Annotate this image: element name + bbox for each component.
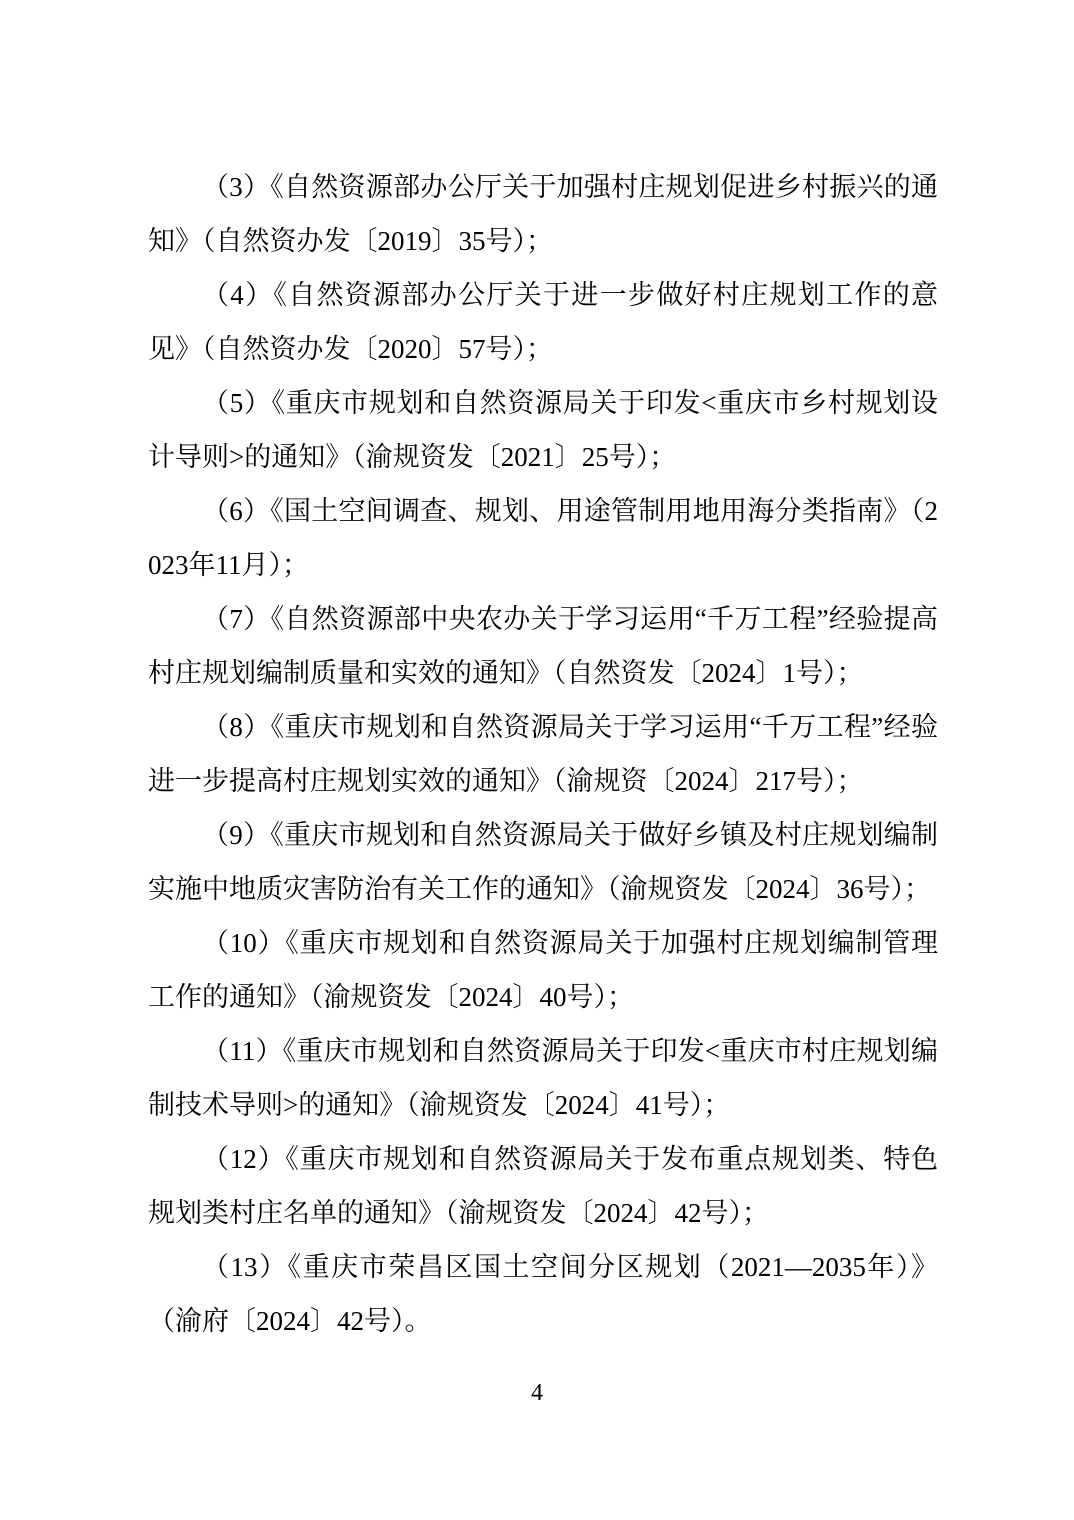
list-item-11: （11）《重庆市规划和自然资源局关于印发<重庆市村庄规划编制技术导则>的通知》（… <box>148 1024 938 1132</box>
document-body: （3）《自然资源部办公厅关于加强村庄规划促进乡村振兴的通知》（自然资办发〔201… <box>148 160 938 1348</box>
page-number: 4 <box>0 1378 1074 1408</box>
list-item-4: （4）《自然资源部办公厅关于进一步做好村庄规划工作的意见》（自然资办发〔2020… <box>148 268 938 376</box>
list-item-8: （8）《重庆市规划和自然资源局关于学习运用“千万工程”经验进一步提高村庄规划实效… <box>148 700 938 808</box>
list-item-7: （7）《自然资源部中央农办关于学习运用“千万工程”经验提高村庄规划编制质量和实效… <box>148 592 938 700</box>
list-item-10: （10）《重庆市规划和自然资源局关于加强村庄规划编制管理工作的通知》（渝规资发〔… <box>148 916 938 1024</box>
list-item-3: （3）《自然资源部办公厅关于加强村庄规划促进乡村振兴的通知》（自然资办发〔201… <box>148 160 938 268</box>
document-page: （3）《自然资源部办公厅关于加强村庄规划促进乡村振兴的通知》（自然资办发〔201… <box>0 0 1074 1520</box>
list-item-12: （12）《重庆市规划和自然资源局关于发布重点规划类、特色规划类村庄名单的通知》（… <box>148 1132 938 1240</box>
list-item-13: （13）《重庆市荣昌区国土空间分区规划（2021—2035年）》（渝府〔2024… <box>148 1240 938 1348</box>
list-item-5: （5）《重庆市规划和自然资源局关于印发<重庆市乡村规划设计导则>的通知》（渝规资… <box>148 376 938 484</box>
list-item-6: （6）《国土空间调查、规划、用途管制用地用海分类指南》（2023年11月）； <box>148 484 938 592</box>
list-item-9: （9）《重庆市规划和自然资源局关于做好乡镇及村庄规划编制实施中地质灾害防治有关工… <box>148 808 938 916</box>
